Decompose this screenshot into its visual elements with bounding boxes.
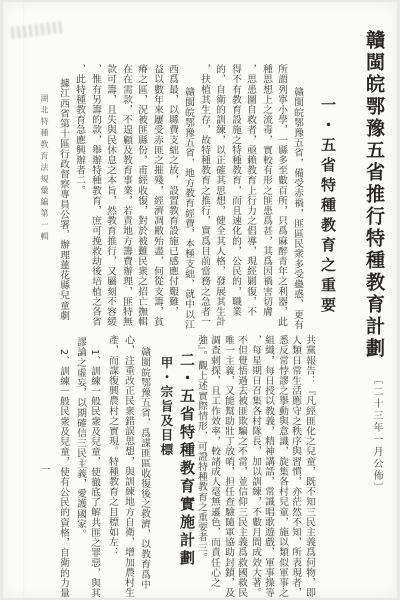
text-column: 據江西省第十區行政督察專員公署，辦理蓮花縣兒童劇 bbox=[56, 78, 70, 320]
text-column: 贛閩皖鄂豫五省，爲謀匪區收復後之救濟，以教育爲中 bbox=[137, 347, 151, 589]
text-column: ，思患圖自救者，亟賴教育上行力之倡導，現經剿復，不 bbox=[243, 64, 257, 317]
numbered-item-column: 1、訓練一般民衆及兒童，使徹底了解共匪之罪惡，與其 bbox=[87, 349, 101, 598]
text-column: 贛閩皖鄂豫五省，地方教育經費，本極支絀，就中以江 bbox=[181, 87, 195, 329]
text-column: ，每星期日召集各村隊長，加以訓練，不數月間成效大著。 bbox=[248, 335, 262, 597]
text-column: 的，自衛的訓練，以正確其思想，健全其人格，發展其生計 bbox=[212, 64, 226, 326]
spine-label: 湖北特種教育法規彙編第一輯 bbox=[39, 94, 50, 244]
section2-heading: 二・五省特種教育實施計劃 bbox=[177, 352, 198, 568]
page-crease-shadow bbox=[23, 2, 25, 598]
document-page: 贛閩皖鄂豫五省推行特種教育計劃 〔二十三年一月公佈〕 一・五省特種教育之重要 贛… bbox=[3, 2, 397, 598]
text-column: 組織，每日授以教義，精神講話，常識唱歌遊戲，軍事操等 bbox=[261, 335, 275, 597]
numbered-item-column: 2、訓練一般民衆及兒童，使有公民的資格，自衛的力量 bbox=[56, 349, 70, 598]
text-column: 西爲最，以縣費支絀之故，設置教育設施已感應付艱難， bbox=[165, 64, 179, 317]
section2-subheading: 甲・宗旨及目標 bbox=[157, 356, 175, 458]
text-column: 人類日常生活應守之秩序與習慣，亦茫然不知，所表現者， bbox=[288, 335, 302, 597]
text-column: 不但覺悟過去被匪欺騙之不當，並信仰三民主義爲救國救民 bbox=[234, 335, 248, 597]
text-column: 共黨報告：『凡經匪化之兒童，既不知三民主義爲何物，即 bbox=[302, 335, 316, 597]
text-column: 產，而謀復興農村之實現。特種教育之目標如左： bbox=[105, 335, 119, 557]
text-column: 唯一主義，又能幫助壯丁放哨，担任查驗隨軍協助封鎖，及 bbox=[221, 335, 235, 597]
section1-heading: 一・五省特種教育之重要 bbox=[318, 97, 339, 317]
text-column: 種思想上之流毒，實較有形之匪患爲甚，其爲因禍害切膚 bbox=[259, 64, 273, 317]
page-number: 一 bbox=[36, 464, 51, 474]
title-date-note: 〔二十三年一月公佈〕 bbox=[369, 374, 384, 494]
document-title: 贛閩皖鄂豫五省推行特種教育計劃 bbox=[361, 30, 388, 360]
scanned-document-page: { "title_block": { "title": "贛閩皖鄂豫五省推行特種… bbox=[0, 0, 400, 600]
text-column: 得不有教育設施之特種教育，而且速化的，公民的，職業 bbox=[228, 64, 242, 317]
text-column: 在在需款，不遑顧及教育事業，若責地方籌費辦理，匪特無 bbox=[119, 64, 133, 326]
text-column: 瘠之區，況被匪縣份，甫經收復，對於被難民衆之招亡撫輯， bbox=[134, 64, 148, 326]
text-column: 益以數年來屢受赤匪之摧殘，經濟凋敝殆盡，何從支籌，貧 bbox=[150, 64, 164, 326]
text-column: ，此特種教育急應興辦者二。 bbox=[72, 64, 86, 195]
text-column: ，扶植其生存，故特種教育之推行，實爲目前當務之急者一 bbox=[197, 64, 211, 326]
text-column: ，惟有另籌的款，舉辦特種教育，庶可挽救劫後培植之各省 bbox=[88, 64, 102, 326]
faint-pencil-note bbox=[10, 21, 63, 39]
text-column: 款可籌，且失與民休息之本旨，然教育推行，又屬刻不容緩 bbox=[103, 64, 117, 326]
text-column: 悉反常悖謬之擧動與意識，旋集各村兒童，施以類似軍事之 bbox=[275, 335, 289, 597]
text-column: 謬論之虛妄，以期確信三民主義，愛護國家。 bbox=[73, 337, 87, 539]
text-column: 心，注重改正民衆錯誤思想，與訓練地方自衛，增加農村生 bbox=[121, 335, 135, 597]
text-column: 所謂列寧小學，一縣多至數百所，只爲麻醉青年之利器，此 bbox=[274, 64, 288, 326]
text-column: 調查剌探，且工作效率，較諸成人毫無遜色，而責任心之 bbox=[207, 335, 221, 588]
text-column: 贛閩皖鄂豫五省，備受赤禍，匪區民衆多受蠱惑，更有 bbox=[290, 87, 304, 329]
